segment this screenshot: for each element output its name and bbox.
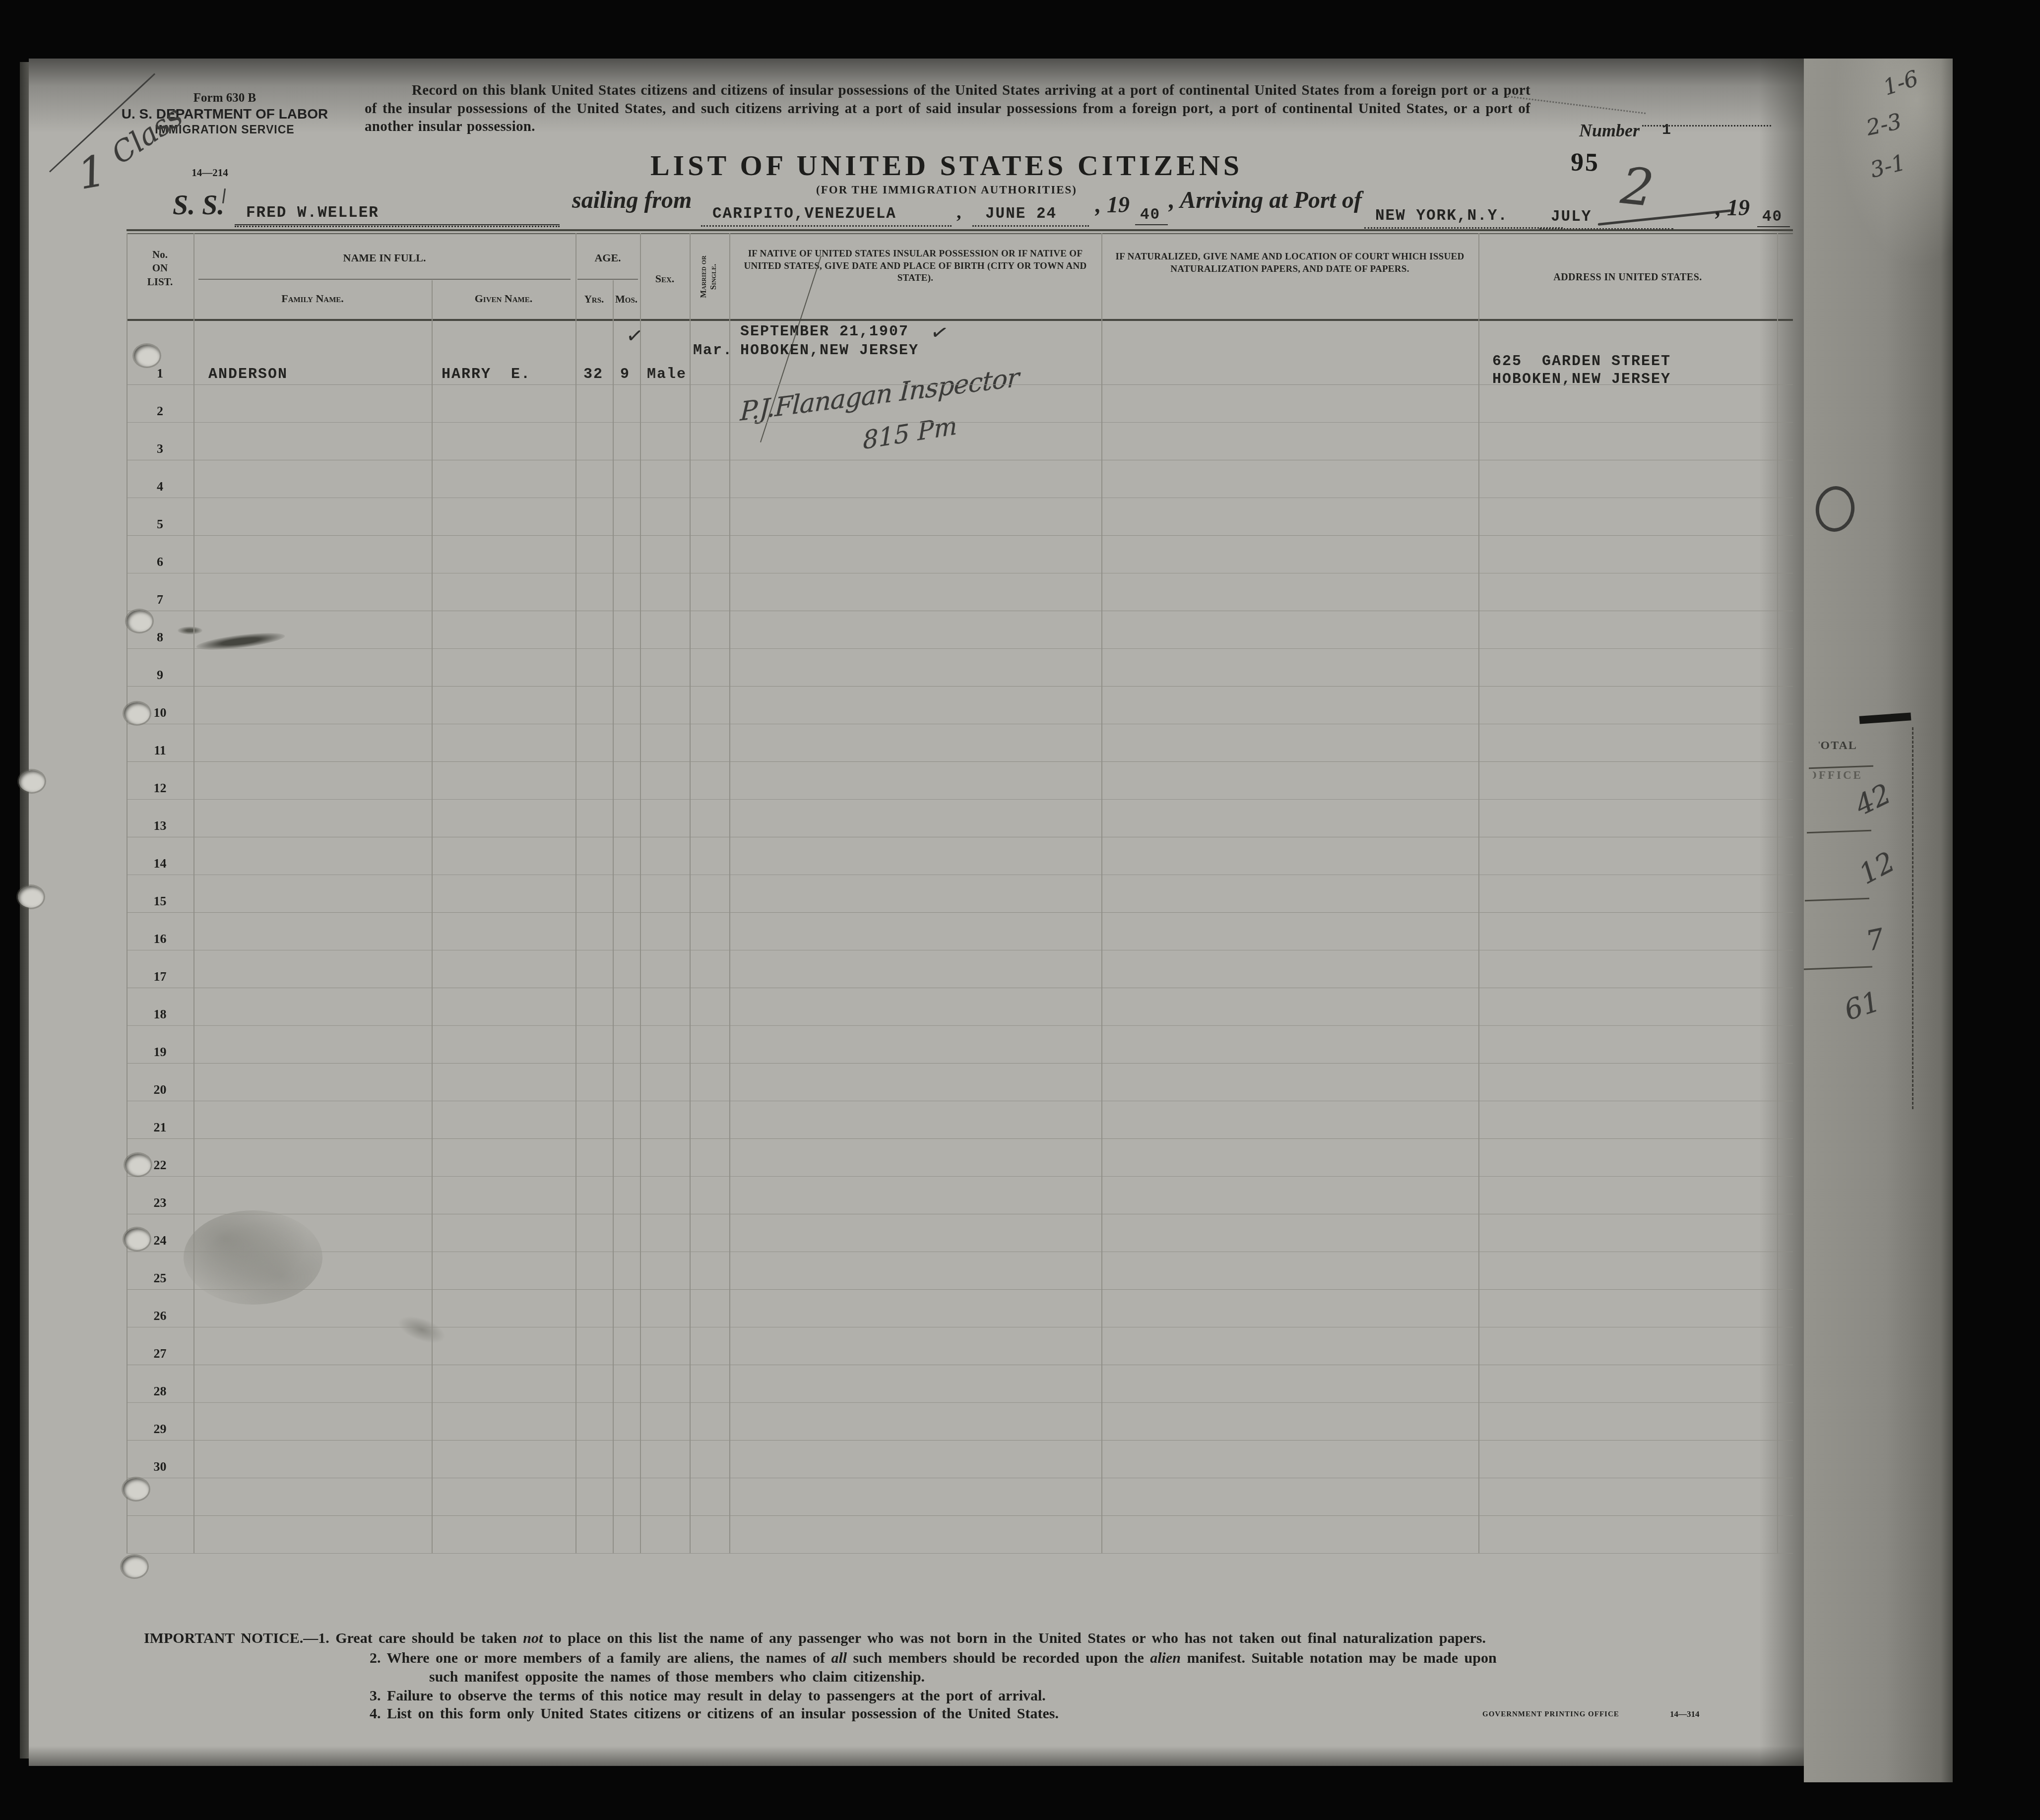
grid-hline [127,1402,1793,1403]
notice-item2-em2: alien [1150,1650,1181,1666]
ink-smudge [195,629,286,653]
header-no-line2: ON [127,261,193,275]
header-married-single: Married or Single. [699,232,720,321]
stain-small [394,1311,448,1348]
notice-line1: IMPORTANT NOTICE.—1. Great care should b… [144,1630,1486,1647]
tally-rule-2 [1805,898,1869,902]
inspector-signature: P.J.Flanagan Inspector [740,363,1020,427]
grid-vline [1101,233,1102,1553]
entry-address-line1: 625 GARDEN STREET [1492,353,1671,370]
stamp-total-text: TOTAL [1819,739,1857,753]
row-number: 20 [127,1082,193,1097]
grid-hline [127,573,1793,573]
arrival-day-handwritten: 2 [1618,156,1657,218]
punch-hole [19,770,45,792]
notice-item1-pre: 1. Great care should be taken [318,1630,523,1646]
grid-vline [690,233,691,1553]
age-underline [577,279,638,280]
departure-port-rule [701,225,952,227]
grid-hline [127,799,1793,800]
header-given-name: Given Name. [432,292,575,306]
grid-hline [127,1365,1793,1365]
header-birth: IF NATIVE OF UNITED STATES INSULAR POSSE… [742,248,1089,285]
arrival-month: JULY [1551,208,1592,226]
check-mark-1: ✓ [625,322,645,349]
entry-age-mos: 9 [620,366,630,383]
header-married-line2: Single. [708,232,718,321]
manifest-page: Form 630 B U. S. DEPARTMENT OF LABOR IMM… [29,59,1804,1766]
header-family-name: Family Name. [193,292,432,306]
grid-hline [127,498,1793,498]
header-naturalized: IF NATURALIZED, GIVE NAME AND LOCATION O… [1114,251,1466,275]
grid-hline [127,724,1793,724]
printed-19: , 19 [1095,191,1130,218]
arrival-year-rule [1757,226,1790,227]
table-top-rule-2 [127,233,1793,234]
printed-19b: , 19 [1716,194,1750,221]
ship-name: FRED W.WELLER [246,204,379,222]
pen-flourish [1597,209,1731,226]
row-number: 26 [127,1309,193,1323]
row-number: 5 [127,517,193,532]
grid-hline [127,988,1793,988]
grid-vline [640,233,641,1553]
form-small-code: 14—214 [178,167,242,179]
row-number: 21 [127,1120,193,1135]
arriving-label: , Arriving at Port of [1169,187,1362,214]
departure-port: CARIPITO,VENEZUELA [712,205,896,223]
stain [184,1210,322,1305]
tally-rule-3 [1804,966,1872,970]
scan-shadow-bottom [29,1746,1804,1766]
row-number: 11 [127,743,193,758]
sailing-from-label: sailing from [572,187,692,214]
notice-line2-cont: such manifest opposite the names of thos… [429,1669,925,1686]
tally-value-3: 7 [1863,923,1887,958]
header-address: ADDRESS IN UNITED STATES. [1478,271,1777,284]
grid-hline [127,611,1793,611]
table-top-rule [127,229,1793,231]
row-number: 14 [127,856,193,871]
row-number: 13 [127,818,193,833]
punch-hole [18,886,44,908]
notice-label: IMPORTANT NOTICE.— [144,1630,318,1646]
row-number: 12 [127,781,193,796]
comma-mark: , [956,201,961,223]
row-number: 2 [127,404,193,419]
row-number: 25 [127,1271,193,1286]
grid-hline [127,1289,1793,1290]
grid-hline [127,1252,1793,1252]
departure-date: JUNE 24 [985,205,1057,223]
grid-hline [127,686,1793,687]
notice-item1-em: not [523,1630,543,1646]
page-number-stamp: 95 [1570,147,1599,177]
grid-hline [127,912,1793,913]
arrival-port-rule [1364,227,1563,229]
grid-hline [127,384,1793,385]
number-label: Number [1579,120,1640,141]
notice-line3: 3. Failure to observe the terms of this … [370,1688,1046,1704]
punch-hole [123,1478,149,1500]
grid-hline [127,648,1793,649]
header-no-on-list: No. ON LIST. [127,248,193,289]
header-married-line1: Married or [699,232,708,321]
grid-vline [575,233,576,1553]
header-sex: Sex. [640,272,690,286]
punch-hole [122,1556,147,1577]
punch-hole [124,1228,150,1250]
row-number: 27 [127,1346,193,1361]
arrival-port: NEW YORK,N.Y. [1375,207,1508,225]
entry-birth-place: HOBOKEN,NEW JERSEY [740,342,919,359]
grid-hline [127,950,1793,950]
name-underline [198,279,571,280]
row-number: 15 [127,894,193,909]
check-mark-2: ✓ [928,318,951,347]
grid-hline [127,1138,1793,1139]
header-name-in-full: NAME IN FULL. [193,251,575,265]
page-title: LIST OF UNITED STATES CITIZENS [525,149,1368,182]
departure-year-rule [1135,224,1168,225]
notice-item1-post: to place on this list the name of any pa… [543,1630,1486,1646]
grid-hline [127,1176,1793,1177]
entry-married: Mar. [693,342,733,359]
notice-line4: 4. List on this form only United States … [370,1705,1059,1722]
grid-hline [127,875,1793,875]
next-page-edge: 1-6 2-3 3-1 TOTAL OFFICE 42 12 7 61 [1804,59,1953,1782]
row-number: 4 [127,479,193,494]
grid-vline [613,280,614,1553]
punch-hole [125,1154,151,1176]
header-no-line1: No. [127,248,193,261]
header-bottom-rule [127,319,1793,321]
inspector-time: 815 Pm [863,411,957,455]
grid-vline [432,280,433,1553]
row-number: 6 [127,555,193,569]
notice-item2-mid: such members should be recorded upon the [847,1650,1150,1666]
row-number: 30 [127,1459,193,1474]
row-number: 29 [127,1422,193,1437]
row-number: 9 [127,668,193,683]
scanned-document: { "scan": { "form": { "number": "Form 63… [0,0,2040,1820]
tally-rule-1 [1807,830,1871,834]
stamp-total: TOTAL [1819,739,1888,753]
grid-hline [127,422,1793,423]
entry-family-name: ANDERSON [208,366,288,383]
grid-hline [127,1440,1793,1441]
departure-year: 40 [1140,206,1160,224]
entry-age-yrs: 32 [583,366,603,383]
form-number: Form 630 B [118,91,331,105]
row-number: 7 [127,592,193,607]
entry-given-name: HARRY E. [442,366,531,383]
grid-hline [127,761,1793,762]
grid-hline [127,1327,1793,1327]
grid-hline [127,1553,1793,1554]
ship-name-rule-dotted [235,226,560,227]
punch-hole [134,345,160,367]
row-number: 1 [127,366,193,381]
ss-label: S. S. [173,189,224,221]
arrival-year: 40 [1762,208,1783,226]
entry-sex: Male [647,366,687,383]
tally-value-1: 42 [1850,778,1896,822]
header-mos: Mos. [613,293,640,306]
grid-vline [729,233,730,1553]
printer-code: 14—314 [1670,1709,1700,1719]
notice-item2-pre: 2. Where one or more members of a family… [370,1650,831,1666]
row-number: 3 [127,441,193,456]
tally-value-2: 12 [1854,846,1900,891]
header-yrs: Yrs. [575,293,613,306]
intro-paragraph: Record on this blank United States citiz… [365,81,1530,136]
printer-credit: GOVERNMENT PRINTING OFFICE [1482,1710,1619,1719]
notice-line2: 2. Where one or more members of a family… [370,1650,1497,1667]
header-age: AGE. [575,251,640,265]
grid-hline [127,1515,1793,1516]
notice-item2-em: all [831,1650,847,1666]
dashed-column-rule [1912,727,1913,1109]
grid-hline [127,837,1793,837]
row-number: 18 [127,1007,193,1022]
row-number: 16 [127,932,193,946]
stamp-office-text: OFFICE [1813,769,1863,782]
departure-date-rule [972,225,1089,227]
grid-vline [1777,233,1778,1553]
grid-vline [1478,233,1479,1553]
grid-hline [127,1478,1793,1478]
class-mark-numeral: 1 [74,146,110,199]
pencil-circle-mark [1813,484,1857,534]
stamp-bar [1859,712,1912,724]
header-no-line3: LIST. [127,275,193,289]
punch-hole [127,610,152,632]
grid-hline [127,460,1793,460]
grid-hline [127,1025,1793,1026]
ship-name-rule [235,224,560,225]
punch-hole [124,702,150,724]
tally-value-4: 61 [1841,986,1884,1027]
grid-hline [127,1063,1793,1064]
entry-address-line2: HOBOKEN,NEW JERSEY [1492,371,1671,388]
grid-vline [193,233,194,1553]
grid-hline [127,1101,1793,1101]
row-number: 17 [127,969,193,984]
grid-hline [127,1214,1793,1214]
notice-item2-post: manifest. Suitable notation may be made … [1181,1650,1497,1666]
entry-birth-date: SEPTEMBER 21,1907 [740,323,909,340]
number-rule [1642,125,1771,126]
row-number: 8 [127,630,193,645]
row-number: 19 [127,1045,193,1060]
row-number: 23 [127,1195,193,1210]
row-number: 28 [127,1384,193,1399]
grid-hline [127,535,1793,536]
